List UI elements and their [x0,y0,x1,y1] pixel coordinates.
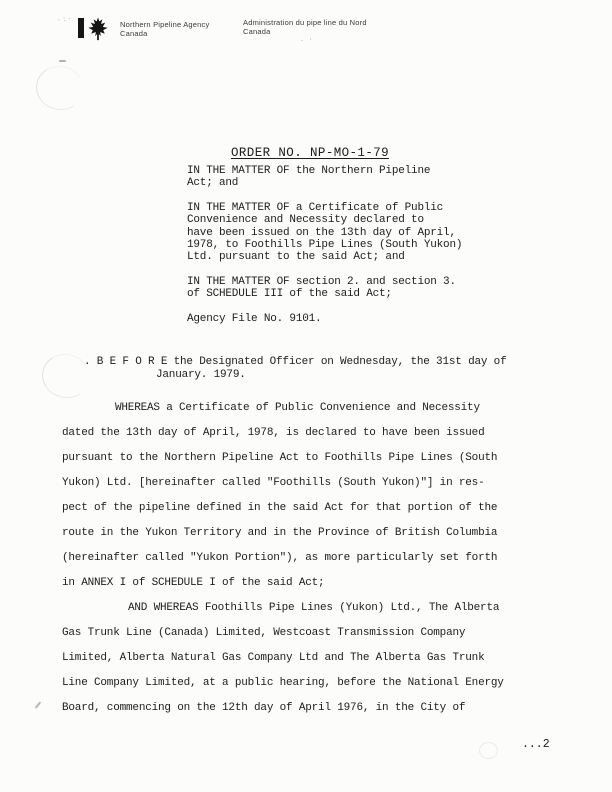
flag-bar [78,18,84,38]
before-line-2: January. 1979. [84,369,506,382]
matter-clauses: IN THE MATTER OF the Northern PipelineAc… [187,165,477,337]
agency-fr-line2: Canada [243,27,367,36]
whereas-paragraph-1: WHEREAS a Certificate of Public Convenie… [62,396,542,596]
scan-artifact-stamp [479,742,498,759]
agency-en-line2: Canada [120,29,209,38]
scan-artifact-dots: . · [300,36,313,44]
before-line-1: . B E F O R E the Designated Officer on … [84,356,506,369]
scan-artifact-slash [35,701,42,708]
before-statement: . B E F O R E the Designated Officer on … [84,356,506,382]
canada-flag-logo [78,17,112,41]
scan-artifact-dash [59,60,66,62]
order-number-title: ORDER NO. NP-MO-1-79 [231,146,389,160]
scan-artifact-arc-top [32,61,88,114]
letterhead: Northern Pipeline Agency Canada Administ… [0,0,612,60]
maple-leaf-icon [87,17,109,41]
order-body: WHEREAS a Certificate of Public Convenie… [62,396,542,721]
page-continuation-marker: ...2 [522,738,550,751]
agency-en-line1: Northern Pipeline Agency [120,20,209,29]
agency-fr-line1: Administration du pipe line du Nord [243,18,367,27]
matter-clause-1: IN THE MATTER OF the Northern PipelineAc… [187,165,477,190]
agency-name-en: Northern Pipeline Agency Canada [120,20,209,38]
document-page: Northern Pipeline Agency Canada Administ… [0,0,612,792]
agency-name-fr: Administration du pipe line du Nord Cana… [243,18,367,36]
matter-clause-2: IN THE MATTER OF a Certificate of Public… [187,202,477,264]
agency-file-reference: Agency File No. 9101. [187,313,477,325]
matter-clause-3: IN THE MATTER OF section 2. and section … [187,276,477,301]
whereas-paragraph-2: AND WHEREAS Foothills Pipe Lines (Yukon)… [62,596,542,721]
